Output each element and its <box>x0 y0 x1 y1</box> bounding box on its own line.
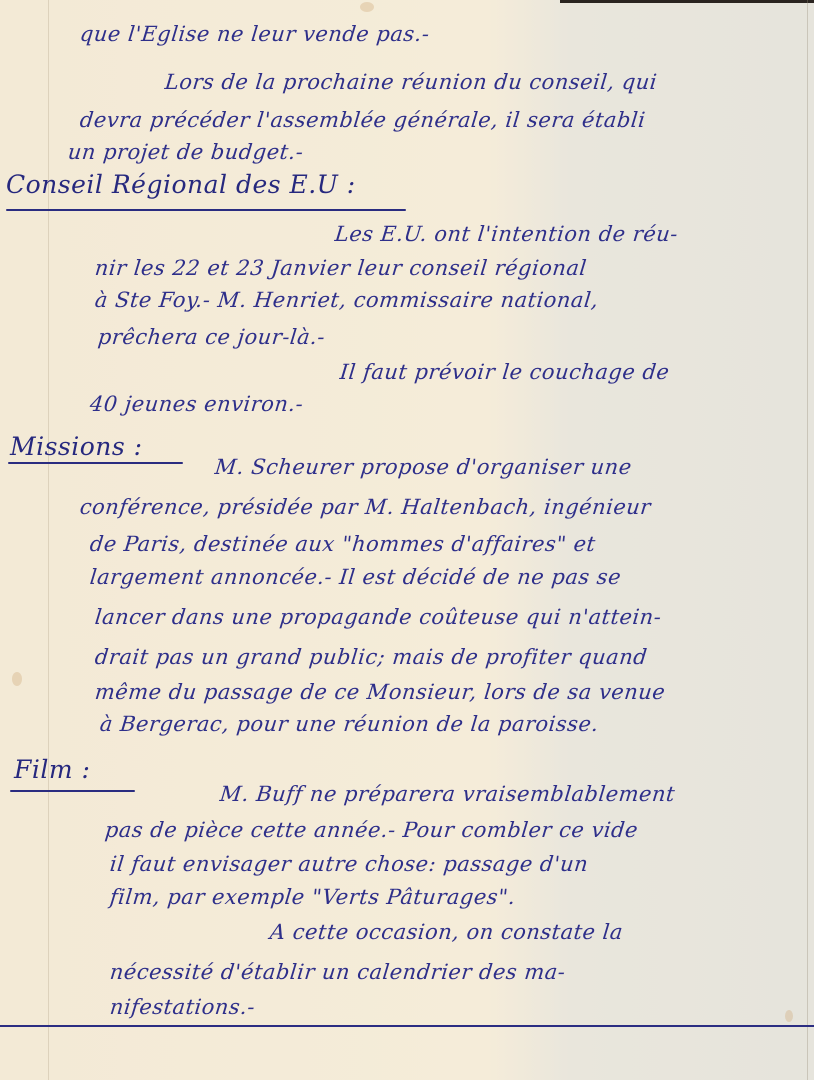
text-line: à Ste Foy.- M. Henriet, commissaire nati… <box>94 288 600 312</box>
heading-underline <box>6 209 406 211</box>
text-line: Lors de la prochaine réunion du conseil,… <box>164 70 659 94</box>
text-line: devra précéder l'assemblée générale, il … <box>79 108 647 132</box>
text-line: lancer dans une propagande coûteuse qui … <box>94 605 663 629</box>
margin-crease <box>48 0 49 1080</box>
text-line: 40 jeunes environ.- <box>89 392 305 416</box>
text-line: il faut envisager autre chose: passage d… <box>109 852 590 876</box>
text-line: pas de pièce cette année.- Pour combler … <box>104 818 640 842</box>
paper-stain <box>360 2 374 12</box>
scan-edge-shadow <box>560 0 814 3</box>
text-line: M. Scheurer propose d'organiser une <box>214 455 633 479</box>
text-line: prêchera ce jour-là.- <box>97 325 327 349</box>
text-line: nifestations.- <box>109 995 257 1019</box>
paper-stain <box>12 672 22 686</box>
text-line: à Bergerac, pour une réunion de la paroi… <box>99 712 600 736</box>
heading-underline <box>10 790 135 792</box>
text-line: nir les 22 et 23 Janvier leur conseil ré… <box>94 256 588 280</box>
paper-stain <box>785 1010 793 1022</box>
closing-horizontal-rule <box>0 1025 814 1027</box>
text-line: A cette occasion, on constate la <box>269 920 625 944</box>
text-line: un projet de budget.- <box>67 140 305 164</box>
text-line: de Paris, destinée aux "hommes d'affaire… <box>89 532 597 556</box>
text-line: Il faut prévoir le couchage de <box>339 360 671 384</box>
text-line: Les E.U. ont l'intention de réu- <box>334 222 680 246</box>
section-heading-film: Film : <box>14 755 90 784</box>
heading-underline <box>8 462 183 464</box>
section-heading-missions: Missions : <box>10 432 143 461</box>
text-line: drait pas un grand public; mais de profi… <box>94 645 649 669</box>
right-edge-crease <box>807 0 808 1080</box>
section-heading-conseil-regional: Conseil Régional des E.U : <box>6 170 356 199</box>
text-line: film, par exemple "Verts Pâturages". <box>109 885 517 909</box>
text-line: largement annoncée.- Il est décidé de ne… <box>89 565 623 589</box>
scanned-handwritten-page: que l'Eglise ne leur vende pas.- Lors de… <box>0 0 814 1080</box>
text-line: que l'Eglise ne leur vende pas.- <box>79 22 431 46</box>
text-line: nécessité d'établir un calendrier des ma… <box>109 960 567 984</box>
text-line: M. Buff ne préparera vraisemblablement <box>219 782 677 806</box>
text-line: conférence, présidée par M. Haltenbach, … <box>79 495 652 519</box>
text-line: même du passage de ce Monsieur, lors de … <box>94 680 667 704</box>
